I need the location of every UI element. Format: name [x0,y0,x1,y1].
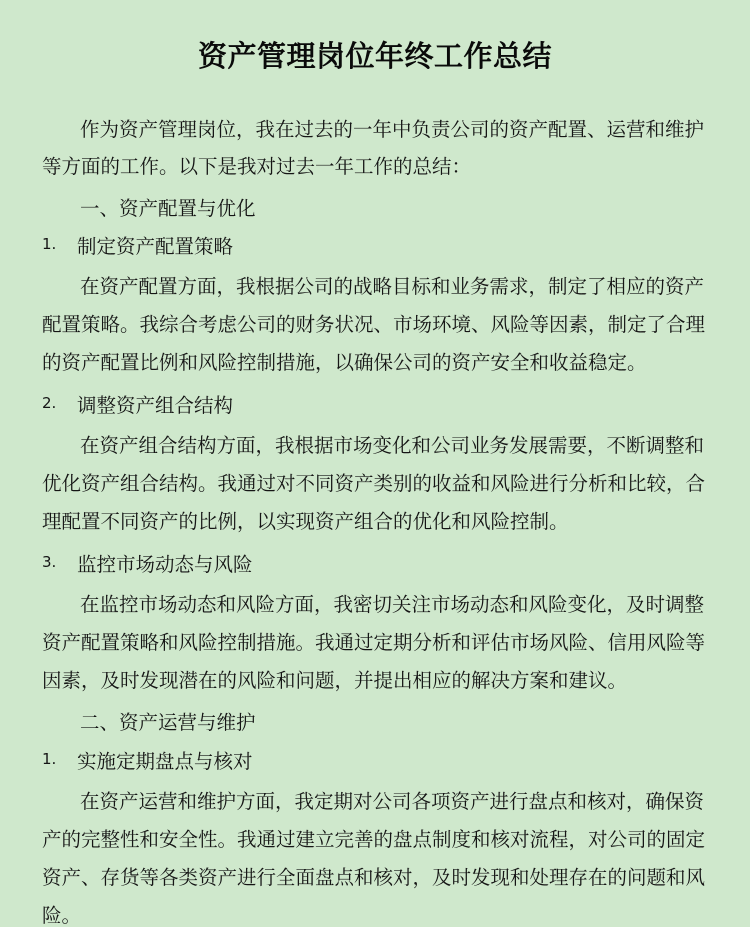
intro-line-2: 等方面的工作。以下是我对过去一年工作的总结： [42,151,471,179]
paragraph-line: 资产配置策略和风险控制措施。我通过定期分析和评估市场风险、信用风险等 [42,627,705,655]
paragraph-line: 配置策略。我综合考虑公司的财务状况、市场环境、风险等因素，制定了合理 [42,309,705,337]
intro-line-1: 作为资产管理岗位，我在过去的一年中负责公司的资产配置、运营和维护 [80,114,704,142]
paragraph-line: 理配置不同资产的比例，以实现资产组合的优化和风险控制。 [42,506,569,534]
item-title: 制定资产配置策略 [77,231,233,259]
item-title: 调整资产组合结构 [77,390,233,418]
item-number: 1. [42,235,56,253]
paragraph-line: 险。 [42,900,81,927]
document-title: 资产管理岗位年终工作总结 [0,34,750,75]
item-number: 2. [42,394,56,412]
document-page: 资产管理岗位年终工作总结 作为资产管理岗位，我在过去的一年中负责公司的资产配置、… [0,0,750,927]
item-number: 3. [42,553,56,571]
paragraph-line: 优化资产组合结构。我通过对不同资产类别的收益和风险进行分析和比较，合 [42,468,705,496]
paragraph-line: 因素，及时发现潜在的风险和问题，并提出相应的解决方案和建议。 [42,665,627,693]
paragraph-line: 资产、存货等各类资产进行全面盘点和核对，及时发现和处理存在的问题和风 [42,862,705,890]
item-title: 监控市场动态与风险 [77,549,253,577]
section-heading-2: 二、资产运营与维护 [80,707,256,735]
paragraph-line: 产的完整性和安全性。我通过建立完善的盘点制度和核对流程，对公司的固定 [42,824,705,852]
item-title: 实施定期盘点与核对 [77,746,253,774]
paragraph-line: 在资产运营和维护方面，我定期对公司各项资产进行盘点和核对，确保资 [80,786,704,814]
item-number: 1. [42,750,56,768]
paragraph-line: 在资产组合结构方面，我根据市场变化和公司业务发展需要，不断调整和 [80,430,704,458]
paragraph-line: 的资产配置比例和风险控制措施，以确保公司的资产安全和收益稳定。 [42,347,647,375]
paragraph-line: 在资产配置方面，我根据公司的战略目标和业务需求，制定了相应的资产 [80,271,704,299]
section-heading-1: 一、资产配置与优化 [80,193,256,221]
paragraph-line: 在监控市场动态和风险方面，我密切关注市场动态和风险变化，及时调整 [80,589,704,617]
